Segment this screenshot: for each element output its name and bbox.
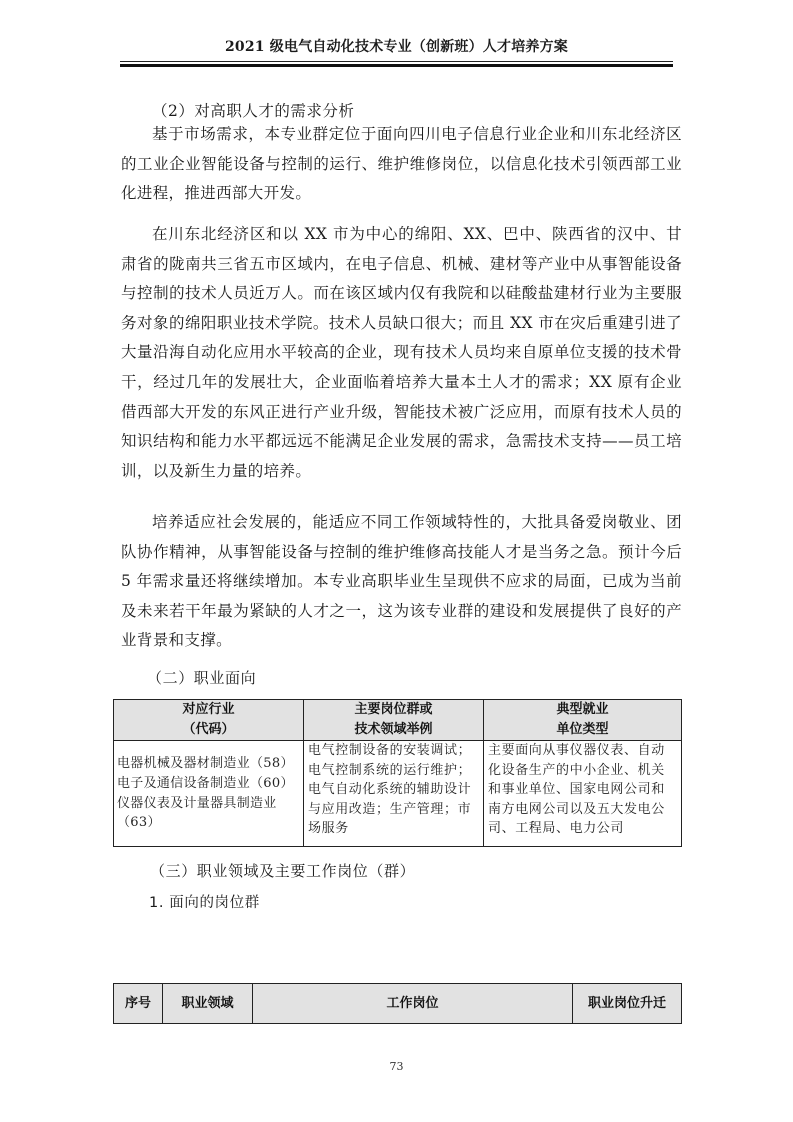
table-row: 电器机械及器材制造业（58）电子及通信设备制造业（60）仪器仪表及计量器具制造业… [114, 741, 682, 847]
header-position-group: 主要岗位群或 技术领域举例 [304, 700, 484, 741]
section-career-heading: （二）职业面向 [147, 667, 256, 688]
paragraph-regional-demand: 在川东北经济区和以 XX 市为中心的绵阳、XX、巴中、陕西省的汉中、甘肃省的陇南… [121, 220, 682, 486]
header-rule-thick [120, 64, 673, 67]
header-industry: 对应行业 （代码） [114, 700, 304, 741]
paragraph-talent-shortage: 培养适应社会发展的，能适应不同工作领域特性的，大批具备爱岗敬业、团队协作精神，从… [121, 508, 682, 656]
header-double-rule [120, 61, 673, 67]
header-career-field: 职业领域 [163, 984, 253, 1024]
cell-industry: 电器机械及器材制造业（58）电子及通信设备制造业（60）仪器仪表及计量器具制造业… [114, 741, 304, 847]
page-header-title: 2021 级电气自动化技术专业（创新班）人才培养方案 [120, 36, 673, 56]
position-table-header-row: 序号 职业领域 工作岗位 职业岗位升迁 [114, 984, 682, 1024]
header-job-position: 工作岗位 [253, 984, 573, 1024]
cell-employer-type: 主要面向从事仪器仪表、自动化设备生产的中小企业、机关和事业单位、国家电网公司和南… [484, 741, 682, 847]
position-group-subheading: 1. 面向的岗位群 [149, 891, 260, 912]
section-demand-heading: （2）对高职人才的需求分析 [152, 99, 354, 121]
section-positions-heading: （三）职业领域及主要工作岗位（群） [150, 860, 415, 881]
paragraph-market-positioning: 基于市场需求，本专业群定位于面向四川电子信息行业企业和川东北经济区的工业企业智能… [121, 120, 682, 209]
header-rule-thin [120, 61, 673, 62]
header-serial-number: 序号 [114, 984, 163, 1024]
career-orientation-table: 对应行业 （代码） 主要岗位群或 技术领域举例 典型就业 单位类型 电器机械及器… [113, 699, 682, 847]
cell-position-group: 电气控制设备的安装调试；电气控制系统的运行维护；电气自动化系统的辅助设计与应用改… [304, 741, 484, 847]
page-number: 73 [0, 1060, 793, 1073]
header-career-promotion: 职业岗位升迁 [573, 984, 682, 1024]
career-table-header-row: 对应行业 （代码） 主要岗位群或 技术领域举例 典型就业 单位类型 [114, 700, 682, 741]
header-employer-type: 典型就业 单位类型 [484, 700, 682, 741]
position-group-table: 序号 职业领域 工作岗位 职业岗位升迁 [113, 983, 682, 1024]
